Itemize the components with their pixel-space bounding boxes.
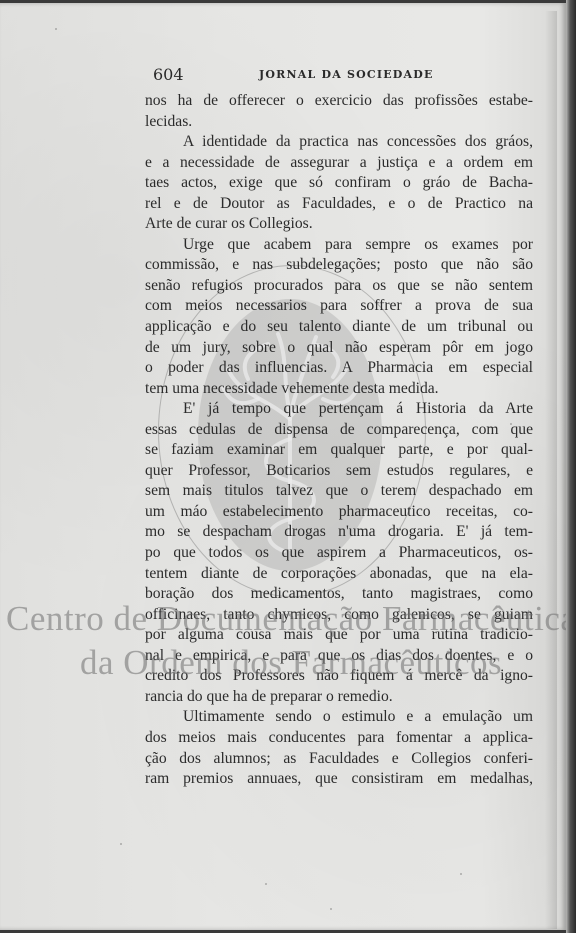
text-line: Ultimamente sendo o estimulo e a emulaçã… [145,707,533,728]
paper-speck [460,873,462,875]
text-line: sem mais titulos talvez que o terem desp… [145,481,533,502]
text-line: essas cedulas de dispensa de comparecenç… [145,420,533,441]
paper-speck [55,28,57,30]
text-line: um máo estabelecimento pharmaceutico rec… [145,502,533,523]
text-line: e a necessidade de assegurar a justiça e… [145,153,533,174]
scanned-page: 604 JORNAL DA SOCIEDADE nos ha de offere… [0,3,566,930]
book-spine [566,0,576,933]
page-number: 604 [153,65,184,84]
text-line: lecidas. [145,112,533,133]
text-line: nos ha de offerecer o exercicio das prof… [145,91,533,112]
text-line: commissão, e nas subdelegações; posto qu… [145,255,533,276]
paper-speck [120,843,122,845]
text-line: A identidade da practica nas concessões … [145,132,533,153]
text-line: senão refugios procurados para os que se… [145,276,533,297]
text-line: po que todos os que aspirem a Pharmaceut… [145,543,533,564]
text-line: E' já tempo que pertençam á Historia da … [145,399,533,420]
running-header: 604 JORNAL DA SOCIEDADE [143,65,533,85]
paper-speck [330,908,332,910]
page-edge-shadow [545,11,557,929]
text-line: o poder das influencias. A Pharmacia em … [145,358,533,379]
text-line: mo se despacham drogas n'uma drogaria. E… [145,522,533,543]
text-line: taes actos, exige que só confiram o gráo… [145,173,533,194]
text-line: de um jury, sobre o qual não esperam pôr… [145,338,533,359]
text-line: dos meios mais conducentes para fomentar… [145,728,533,749]
watermark-text-line2: da Ordem dos Farmacêuticos [80,643,502,683]
text-line: tentem diante de corporações abonadas, q… [145,564,533,585]
text-line: ram premios annuaes, que consistiram em … [145,769,533,790]
text-line: quer Professor, Boticarios sem estudos r… [145,461,533,482]
text-line: Urge que acabem para sempre os exames po… [145,235,533,256]
text-line: rancia do que ha de preparar o remedio. [145,687,533,708]
text-line: se faziam examinar em qualquer parte, e … [145,440,533,461]
paper-speck [510,423,512,425]
body-text: nos ha de offerecer o exercicio das prof… [145,91,533,790]
text-line: com meios necessarios para soffrer a pro… [145,296,533,317]
text-line: applicação e do seu talento diante de um… [145,317,533,338]
text-line: Arte de curar os Collegios. [145,214,533,235]
paper-speck [265,883,267,885]
text-line: ção dos alumnos; as Faculdades e Collegi… [145,749,533,770]
text-line: rel e de Doutor as Faculdades, e o de Pr… [145,194,533,215]
watermark-text-line1: Centro de Documentação Farmacêutica [6,599,576,639]
running-title: JORNAL DA SOCIEDADE [259,68,434,81]
text-line: tem uma necessidade vehemente desta medi… [145,379,533,400]
